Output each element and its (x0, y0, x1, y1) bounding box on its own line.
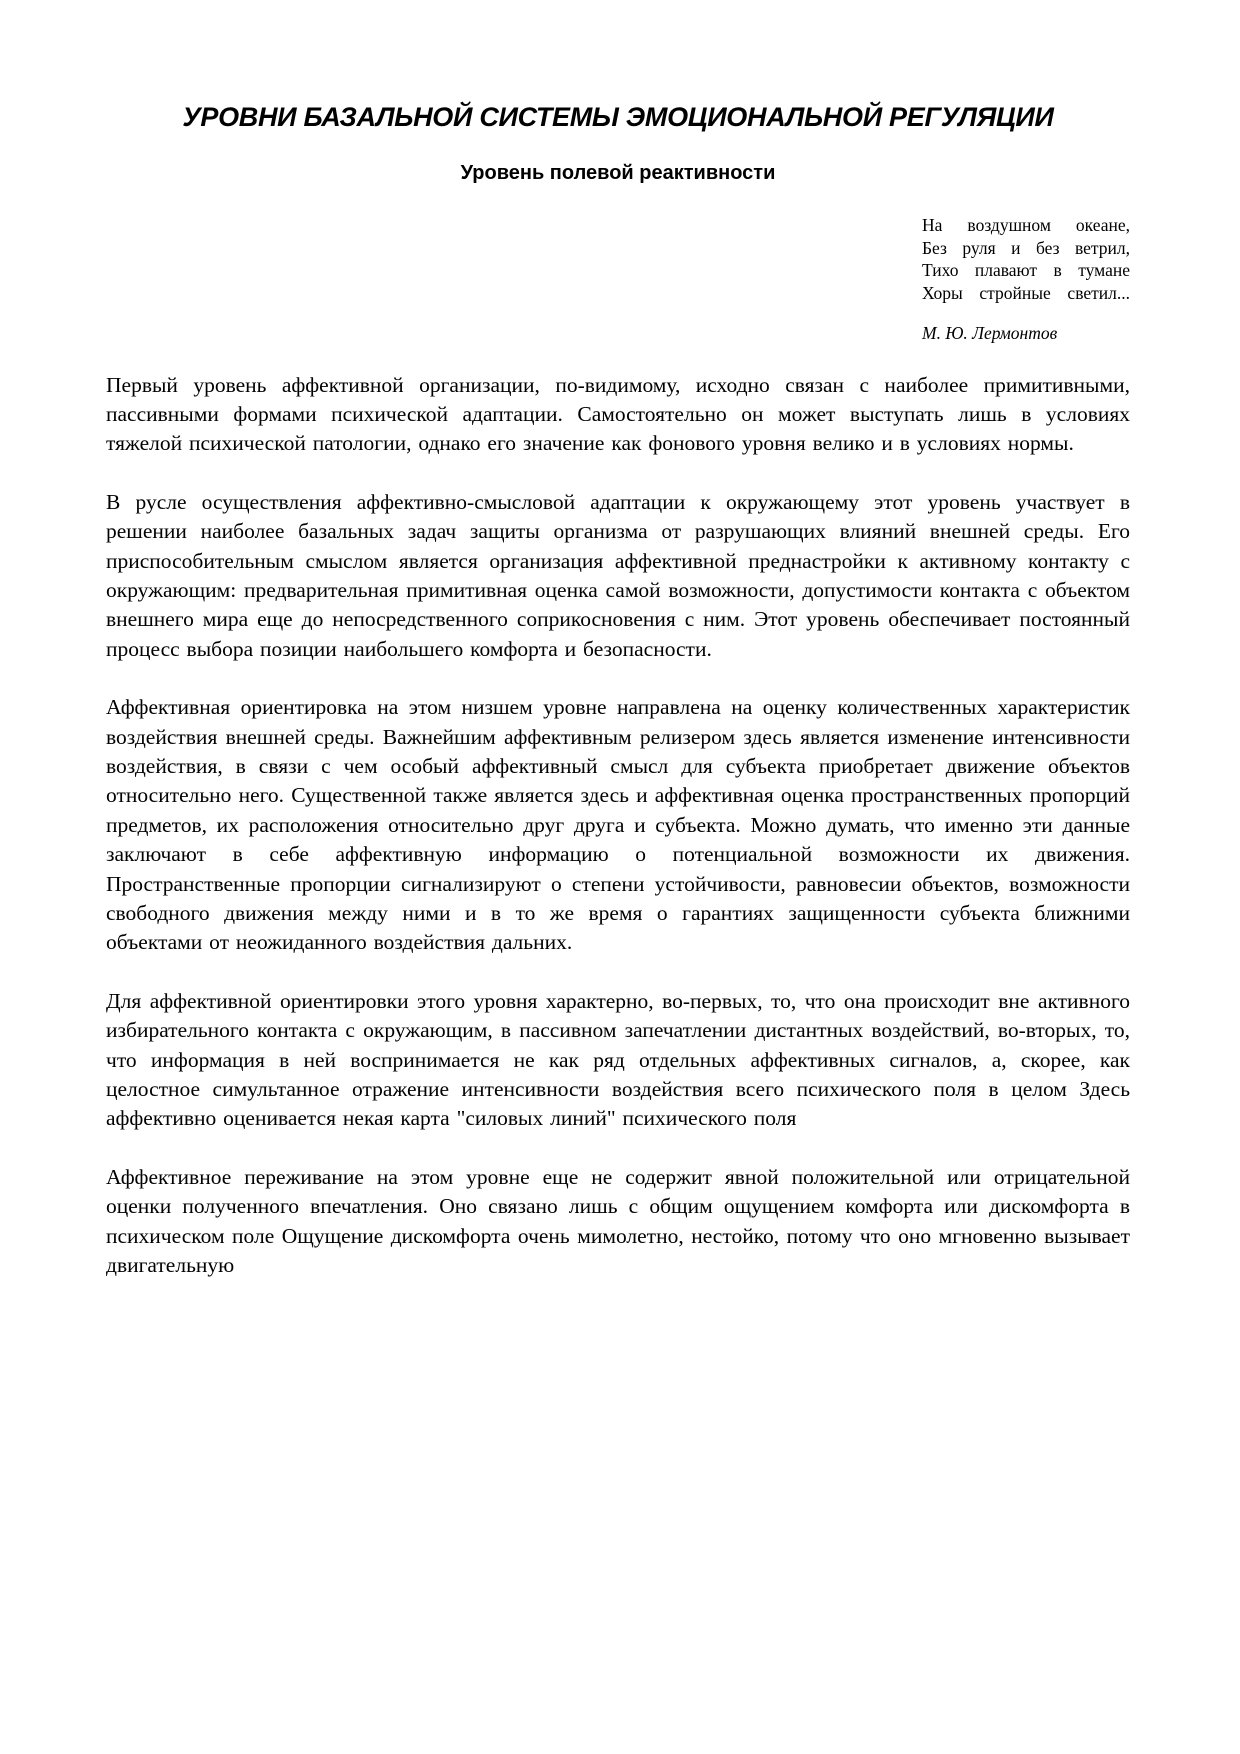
section-subtitle: Уровень полевой реактивности (106, 160, 1130, 186)
body-paragraph-1: Первый уровень аффективной организации, … (106, 371, 1130, 459)
epigraph-line-2: Без руля и без ветрил, (922, 237, 1130, 260)
document-body: Первый уровень аффективной организации, … (106, 371, 1130, 1281)
epigraph-line-3: Тихо плавают в тумане (922, 259, 1130, 282)
body-paragraph-5: Аффективное переживание на этом уровне е… (106, 1163, 1130, 1281)
epigraph-line-1: На воздушном океане, (922, 214, 1130, 237)
epigraph-line-4: Хоры стройные светил... (922, 282, 1130, 305)
body-paragraph-2: В русле осуществления аффективно-смыслов… (106, 488, 1130, 664)
body-paragraph-3: Аффективная ориентировка на этом низшем … (106, 693, 1130, 958)
document-title: УРОВНИ БАЗАЛЬНОЙ СИСТЕМЫ ЭМОЦИОНАЛЬНОЙ Р… (106, 100, 1130, 134)
epigraph-attribution: М. Ю. Лермонтов (922, 322, 1130, 345)
document-page: УРОВНИ БАЗАЛЬНОЙ СИСТЕМЫ ЭМОЦИОНАЛЬНОЙ Р… (0, 0, 1240, 1754)
epigraph-block: На воздушном океане, Без руля и без ветр… (922, 214, 1130, 345)
body-paragraph-4: Для аффективной ориентировки этого уровн… (106, 987, 1130, 1134)
